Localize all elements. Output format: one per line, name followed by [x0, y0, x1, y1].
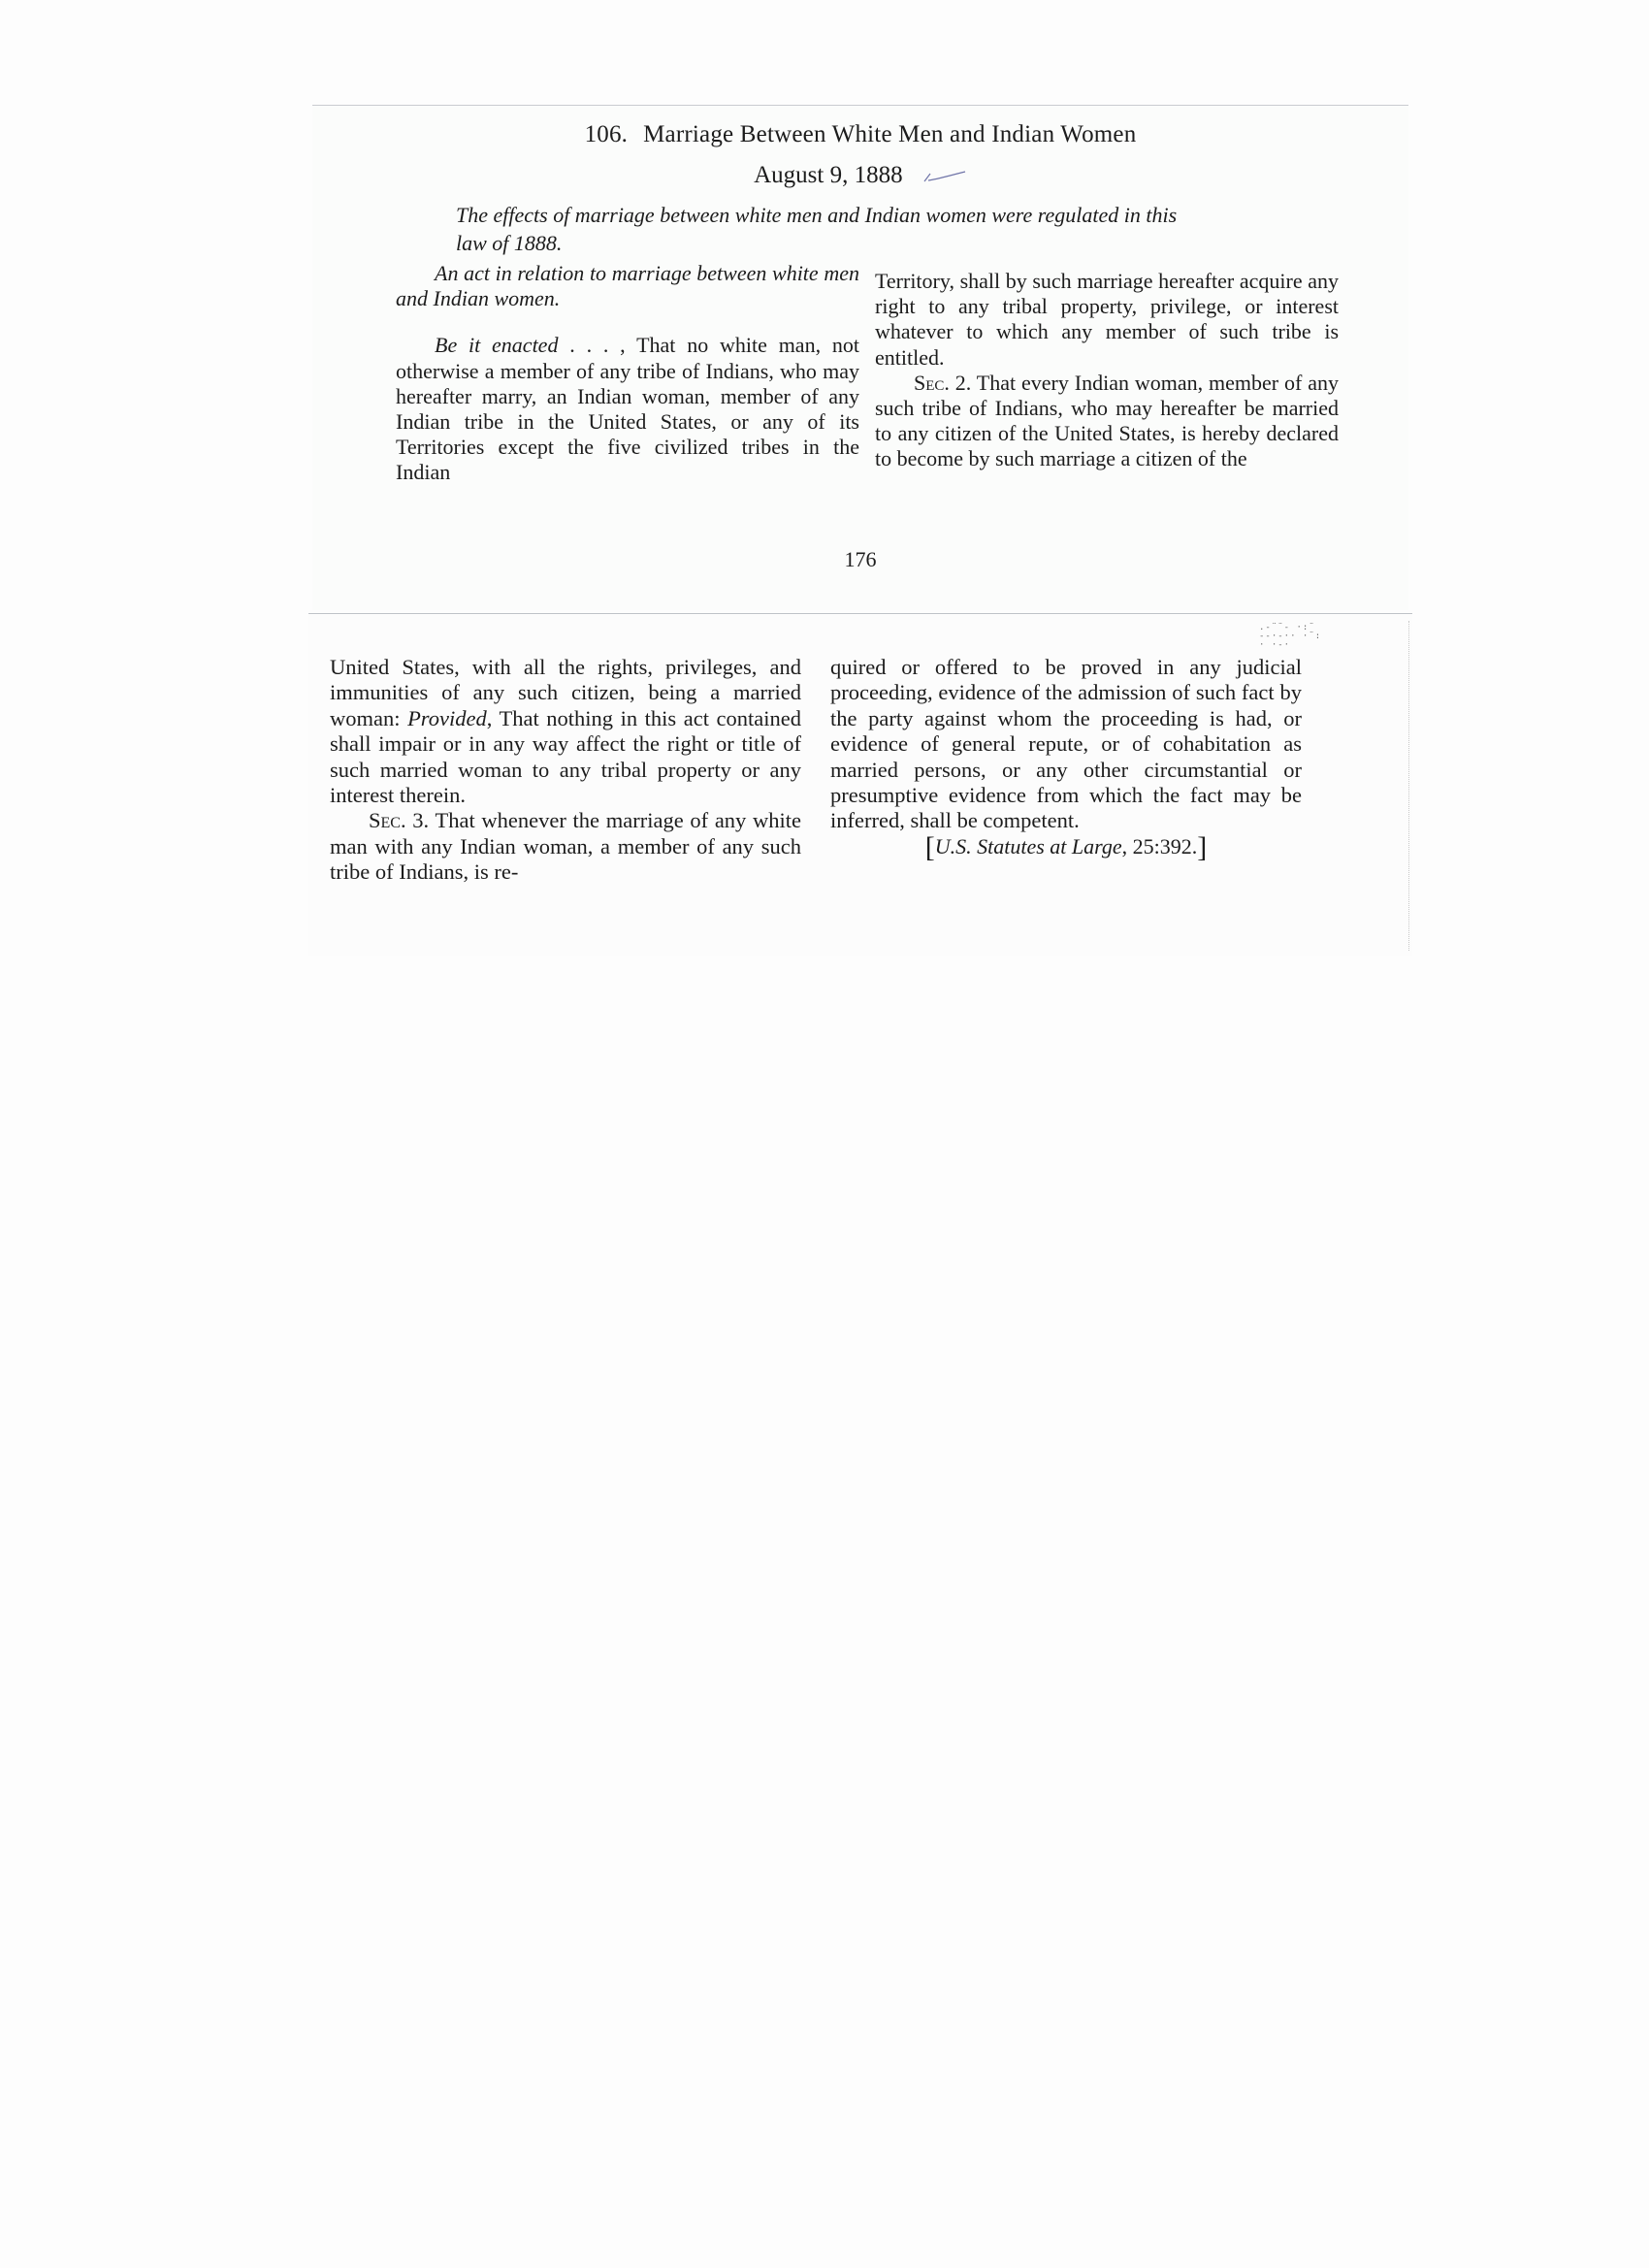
citation-reference: , 25:392. — [1122, 834, 1198, 859]
section-3-paragraph: Sec. 3. That whenever the marriage of an… — [330, 808, 801, 885]
bottom-left-column: United States, with all the rights, priv… — [330, 655, 801, 886]
top-left-column: An act in relation to marriage between w… — [396, 261, 859, 486]
citation-open-bracket: [ — [925, 831, 935, 863]
headnote: The effects of marriage between white me… — [456, 201, 1193, 257]
pen-mark-icon — [922, 171, 967, 182]
citation: [U.S. Statutes at Large, 25:392.] — [830, 834, 1302, 860]
section-2-continued: United States, with all the rights, priv… — [330, 655, 801, 808]
top-right-column: Territory, shall by such marriage hereaf… — [875, 269, 1339, 472]
section-3-label: Sec. 3. — [369, 808, 429, 832]
entry-date: August 9, 1888 — [754, 162, 902, 188]
top-page-strip: 106.Marriage Between White Men and India… — [312, 105, 1408, 610]
entry-number: 106. — [585, 121, 629, 147]
proviso-keyword: Provided — [407, 706, 487, 730]
bottom-page-strip: .-¨¨- ·:¨--·-·· ·¨: · ·-· United States,… — [308, 613, 1412, 956]
entry-title: 106.Marriage Between White Men and India… — [312, 121, 1408, 148]
scan-noise: .-¨¨- ·:¨--·-·· ·¨: · ·-· — [1259, 624, 1321, 650]
entry-title-text: Marriage Between White Men and Indian Wo… — [643, 121, 1136, 147]
citation-close-bracket: ] — [1197, 831, 1207, 863]
enacting-clause: Be it enacted — [435, 333, 558, 357]
section-3-continued: quired or offered to be proved in any ju… — [830, 655, 1302, 834]
strip-edge-divider — [1408, 621, 1410, 951]
page-number: 176 — [312, 547, 1408, 572]
section-1-paragraph: Be it enacted . . . , That no white man,… — [396, 333, 859, 485]
act-title: An act in relation to marriage between w… — [396, 261, 859, 311]
bottom-right-column: quired or offered to be proved in any ju… — [830, 655, 1302, 860]
entry-date-line: August 9, 1888 — [312, 162, 1408, 189]
section-2-paragraph: Sec. 2. That every Indian woman, member … — [875, 371, 1339, 472]
citation-source: U.S. Statutes at Large — [935, 834, 1122, 859]
section-1-continued: Territory, shall by such marriage hereaf… — [875, 269, 1339, 371]
section-2-label: Sec. 2. — [914, 371, 971, 395]
